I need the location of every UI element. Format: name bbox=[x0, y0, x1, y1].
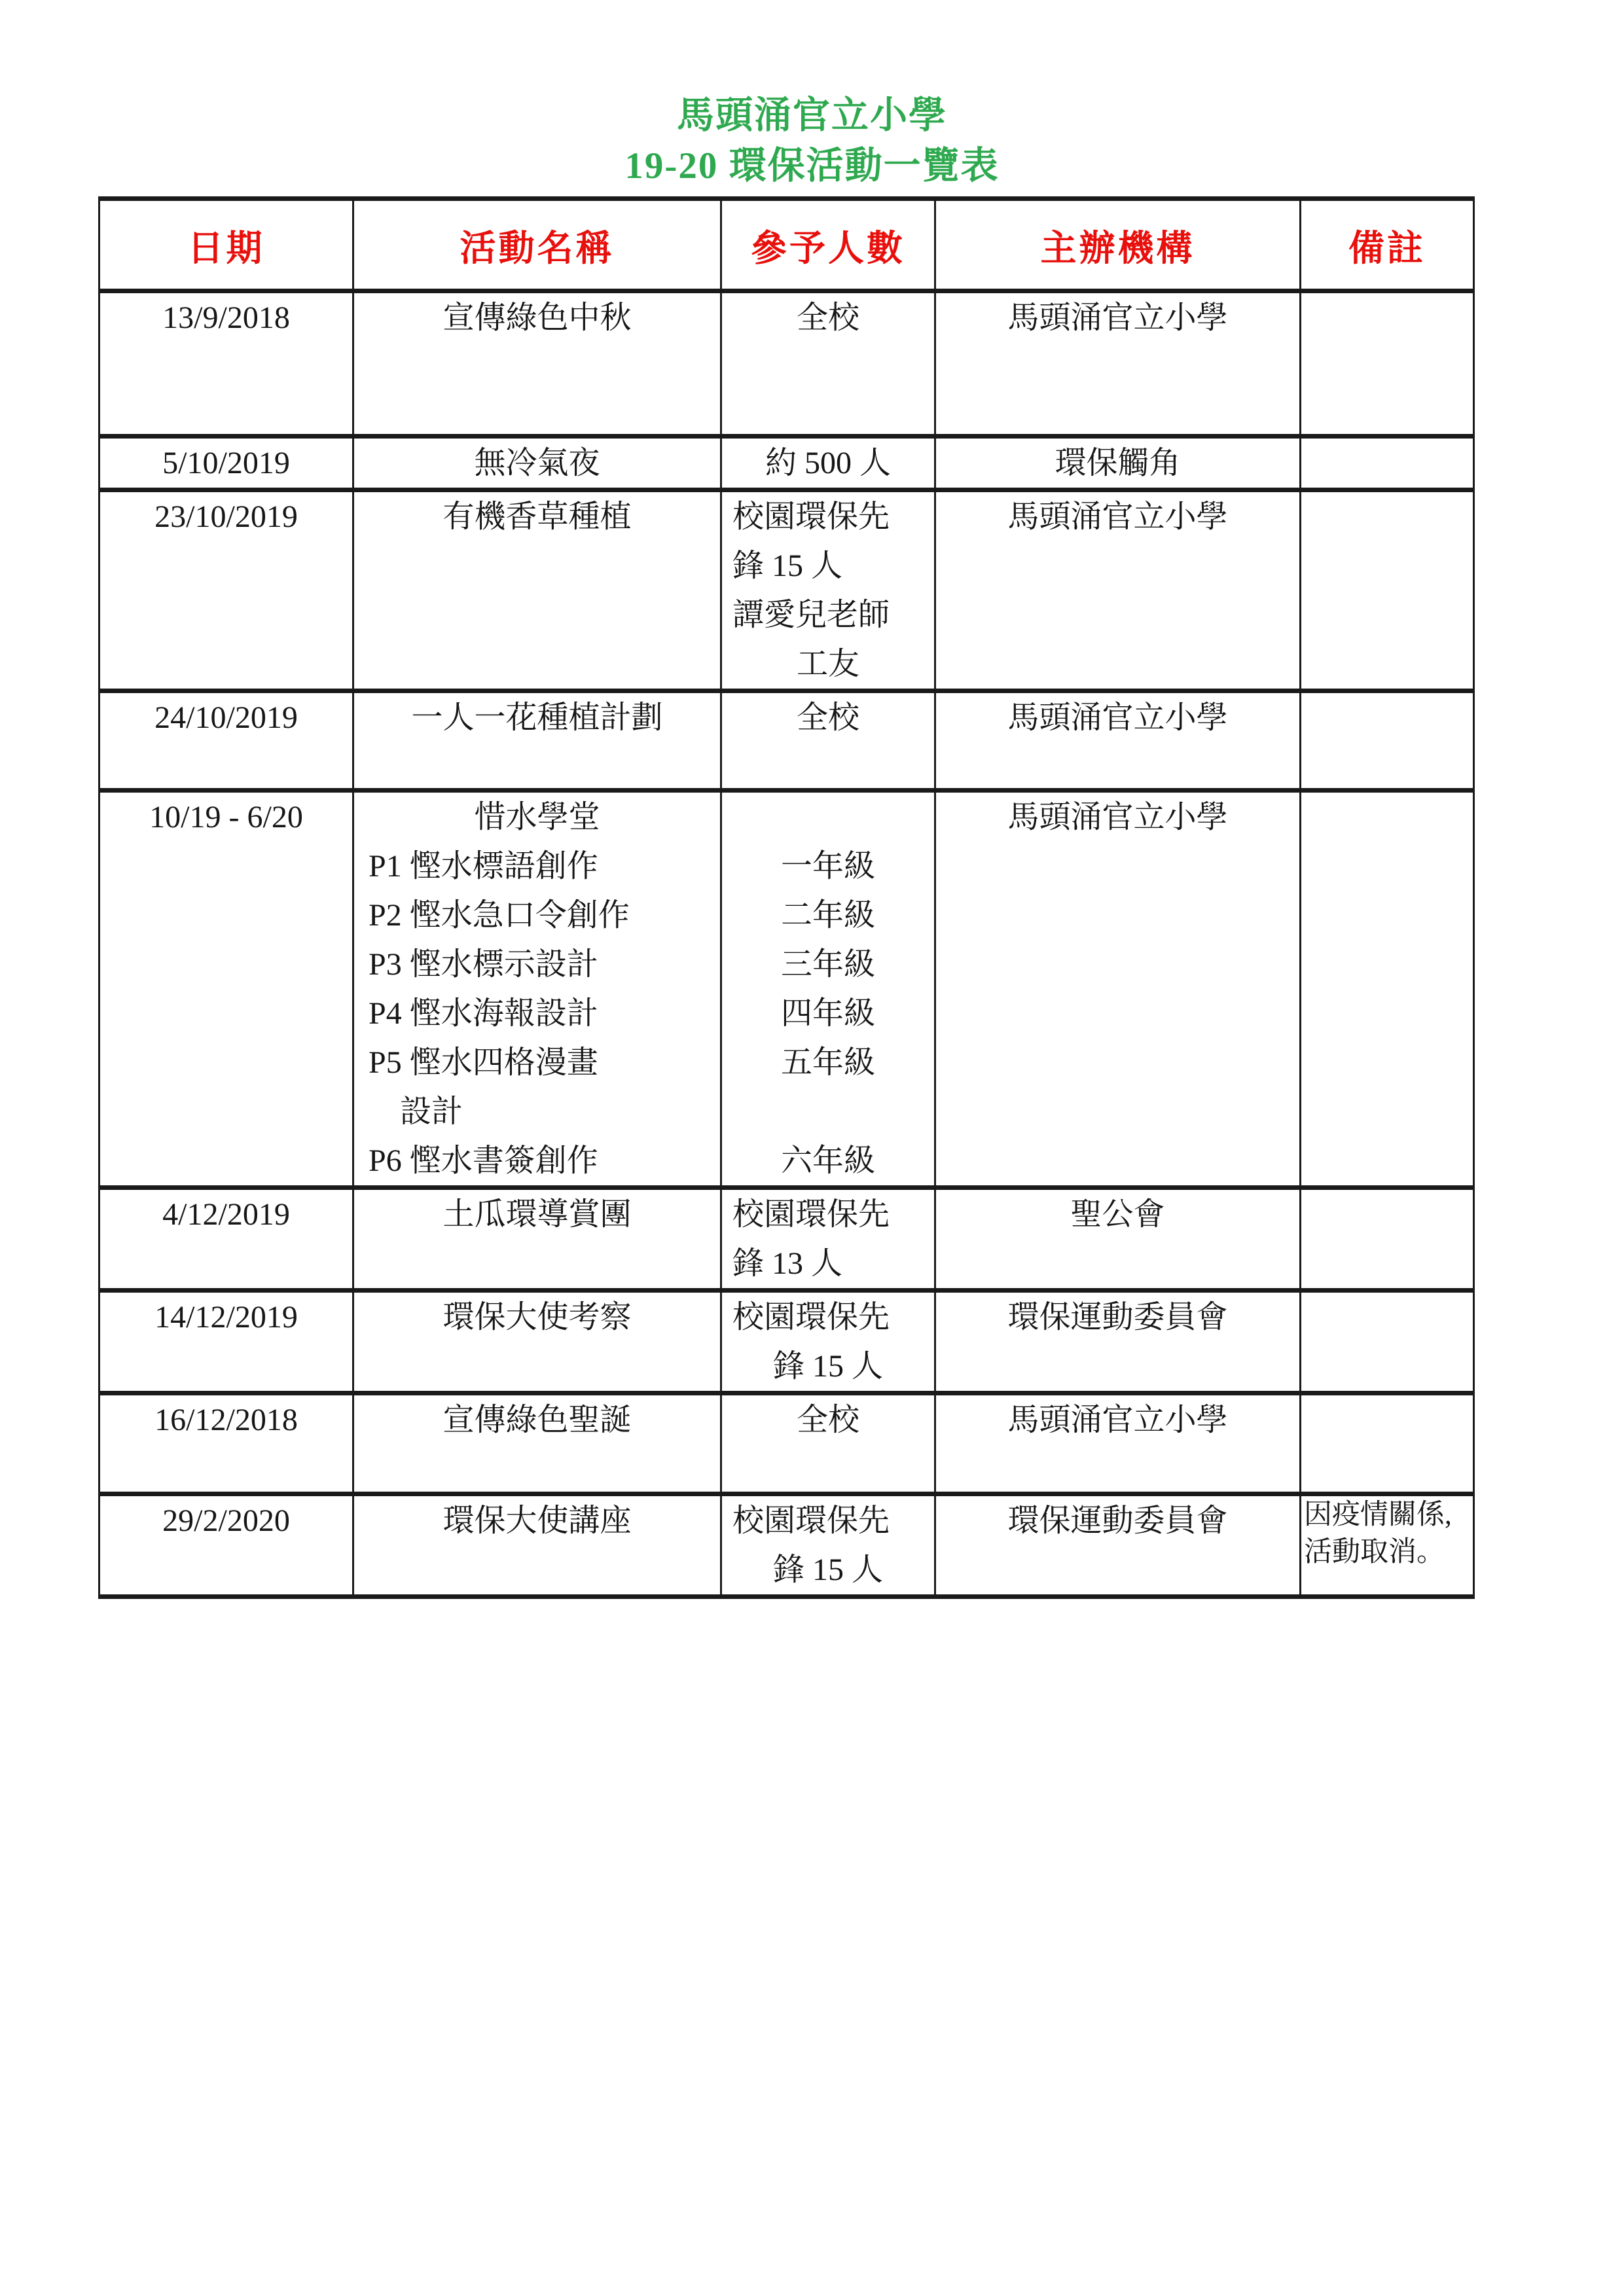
cell-line: 環保運動委員會 bbox=[936, 1496, 1299, 1545]
cell-line: 16/12/2018 bbox=[100, 1395, 352, 1444]
cell-activity: 無冷氣夜 bbox=[353, 437, 721, 490]
cell-line: 23/10/2019 bbox=[100, 492, 352, 541]
cell-line: 環保運動委員會 bbox=[936, 1293, 1299, 1342]
cell-line: 三年級 bbox=[722, 940, 934, 989]
cell-line: 環保大使講座 bbox=[354, 1496, 720, 1545]
cell-participants: 全校 bbox=[721, 291, 935, 437]
cell-remarks bbox=[1301, 1393, 1474, 1494]
cell-line: 鋒 15 人 bbox=[722, 1545, 934, 1594]
cell-organizer: 環保運動委員會 bbox=[935, 1291, 1301, 1393]
cell-participants: 全校 bbox=[721, 1393, 935, 1494]
table-row: 14/12/2019環保大使考察校園環保先鋒 15 人環保運動委員會 bbox=[99, 1291, 1474, 1393]
cell-line: 全校 bbox=[722, 1395, 934, 1444]
cell-line bbox=[722, 793, 934, 842]
cell-remarks: 因疫情關係,活動取消。 bbox=[1301, 1494, 1474, 1597]
cell-line: 工友 bbox=[722, 639, 934, 689]
cell-participants: 校園環保先鋒 15 人譚愛兒老師工友 bbox=[721, 490, 935, 691]
cell-line: P6 慳水書簽創作 bbox=[354, 1136, 720, 1185]
cell-organizer: 馬頭涌官立小學 bbox=[935, 691, 1301, 791]
header-activity-name: 活動名稱 bbox=[353, 199, 721, 291]
cell-participants: 校園環保先鋒 15 人 bbox=[721, 1291, 935, 1393]
cell-line: 鋒 13 人 bbox=[722, 1239, 934, 1288]
header-date: 日期 bbox=[99, 199, 353, 291]
cell-organizer: 馬頭涌官立小學 bbox=[935, 490, 1301, 691]
cell-line: 4/12/2019 bbox=[100, 1190, 352, 1239]
cell-activity: 宣傳綠色中秋 bbox=[353, 291, 721, 437]
cell-remarks bbox=[1301, 437, 1474, 490]
cell-line: 活動取消。 bbox=[1301, 1534, 1473, 1571]
cell-remarks bbox=[1301, 691, 1474, 791]
cell-line: 環保觸角 bbox=[936, 439, 1299, 488]
cell-line: 有機香草種植 bbox=[354, 492, 720, 541]
cell-line: 鋒 15 人 bbox=[722, 1342, 934, 1391]
cell-date: 14/12/2019 bbox=[99, 1291, 353, 1393]
cell-remarks bbox=[1301, 291, 1474, 437]
cell-line: 馬頭涌官立小學 bbox=[936, 1395, 1299, 1444]
cell-remarks bbox=[1301, 1188, 1474, 1291]
cell-line: 馬頭涌官立小學 bbox=[936, 293, 1299, 342]
cell-line: 土瓜環導賞團 bbox=[354, 1190, 720, 1239]
cell-line: 六年級 bbox=[722, 1136, 934, 1185]
cell-activity: 環保大使考察 bbox=[353, 1291, 721, 1393]
cell-date: 24/10/2019 bbox=[99, 691, 353, 791]
cell-activity: 有機香草種植 bbox=[353, 490, 721, 691]
cell-line: 24/10/2019 bbox=[100, 693, 352, 742]
cell-remarks bbox=[1301, 490, 1474, 691]
cell-date: 5/10/2019 bbox=[99, 437, 353, 490]
cell-line: 馬頭涌官立小學 bbox=[936, 693, 1299, 742]
cell-line: 鋒 15 人 bbox=[722, 541, 934, 590]
cell-organizer: 環保觸角 bbox=[935, 437, 1301, 490]
cell-line: 全校 bbox=[722, 293, 934, 342]
table-row: 4/12/2019土瓜環導賞團校園環保先鋒 13 人聖公會 bbox=[99, 1188, 1474, 1291]
cell-line: 校園環保先 bbox=[722, 1293, 934, 1342]
cell-line: 校園環保先 bbox=[722, 1496, 934, 1545]
cell-line: 宣傳綠色中秋 bbox=[354, 293, 720, 342]
table-title: 19-20 環保活動一覽表 bbox=[0, 141, 1624, 191]
table-row: 10/19 - 6/20惜水學堂P1 慳水標語創作P2 慳水急口令創作P3 慳水… bbox=[99, 791, 1474, 1188]
school-name: 馬頭涌官立小學 bbox=[0, 90, 1624, 141]
cell-line: 5/10/2019 bbox=[100, 439, 352, 488]
cell-line: 馬頭涌官立小學 bbox=[936, 492, 1299, 541]
cell-line: 惜水學堂 bbox=[354, 793, 720, 842]
cell-organizer: 馬頭涌官立小學 bbox=[935, 291, 1301, 437]
cell-line: P4 慳水海報設計 bbox=[354, 989, 720, 1038]
cell-line: 校園環保先 bbox=[722, 492, 934, 541]
header-remarks: 備註 bbox=[1301, 199, 1474, 291]
cell-line: 約 500 人 bbox=[722, 439, 934, 488]
activities-table: 日期 活動名稱 參予人數 主辦機構 備註 13/9/2018宣傳綠色中秋全校馬頭… bbox=[98, 196, 1475, 1599]
cell-activity: 惜水學堂P1 慳水標語創作P2 慳水急口令創作P3 慳水標示設計P4 慳水海報設… bbox=[353, 791, 721, 1188]
cell-line: P5 慳水四格漫畫 bbox=[354, 1038, 720, 1087]
cell-organizer: 馬頭涌官立小學 bbox=[935, 791, 1301, 1188]
cell-line: P1 慳水標語創作 bbox=[354, 842, 720, 891]
cell-line: 全校 bbox=[722, 693, 934, 742]
cell-line: 一年級 bbox=[722, 842, 934, 891]
cell-date: 4/12/2019 bbox=[99, 1188, 353, 1291]
cell-organizer: 馬頭涌官立小學 bbox=[935, 1393, 1301, 1494]
cell-activity: 宣傳綠色聖誕 bbox=[353, 1393, 721, 1494]
cell-participants: 校園環保先鋒 13 人 bbox=[721, 1188, 935, 1291]
cell-date: 13/9/2018 bbox=[99, 291, 353, 437]
cell-organizer: 環保運動委員會 bbox=[935, 1494, 1301, 1597]
cell-line: 四年級 bbox=[722, 989, 934, 1038]
cell-line: 二年級 bbox=[722, 891, 934, 940]
cell-line: 聖公會 bbox=[936, 1190, 1299, 1239]
table-row: 23/10/2019有機香草種植校園環保先鋒 15 人譚愛兒老師工友馬頭涌官立小… bbox=[99, 490, 1474, 691]
cell-date: 29/2/2020 bbox=[99, 1494, 353, 1597]
cell-line: 譚愛兒老師 bbox=[722, 590, 934, 639]
cell-line: 環保大使考察 bbox=[354, 1293, 720, 1342]
header-participants: 參予人數 bbox=[721, 199, 935, 291]
table-row: 13/9/2018宣傳綠色中秋全校馬頭涌官立小學 bbox=[99, 291, 1474, 437]
cell-line: 14/12/2019 bbox=[100, 1293, 352, 1342]
cell-activity: 土瓜環導賞團 bbox=[353, 1188, 721, 1291]
cell-line: 29/2/2020 bbox=[100, 1496, 352, 1545]
cell-participants: 約 500 人 bbox=[721, 437, 935, 490]
cell-line: 10/19 - 6/20 bbox=[100, 793, 352, 842]
cell-date: 10/19 - 6/20 bbox=[99, 791, 353, 1188]
table-row: 16/12/2018宣傳綠色聖誕全校馬頭涌官立小學 bbox=[99, 1393, 1474, 1494]
table-row: 5/10/2019無冷氣夜約 500 人環保觸角 bbox=[99, 437, 1474, 490]
document-page: 馬頭涌官立小學 19-20 環保活動一覽表 日期 活動名稱 參予人數 主辦機構 … bbox=[0, 0, 1624, 2296]
cell-activity: 環保大使講座 bbox=[353, 1494, 721, 1597]
cell-line: 無冷氣夜 bbox=[354, 439, 720, 488]
cell-line: 設計 bbox=[354, 1087, 720, 1136]
document-title: 馬頭涌官立小學 19-20 環保活動一覽表 bbox=[0, 90, 1624, 191]
cell-line: 因疫情關係, bbox=[1301, 1496, 1473, 1534]
cell-remarks bbox=[1301, 1291, 1474, 1393]
table-row: 24/10/2019一人一花種植計劃全校馬頭涌官立小學 bbox=[99, 691, 1474, 791]
cell-line: P2 慳水急口令創作 bbox=[354, 891, 720, 940]
table-row: 29/2/2020環保大使講座校園環保先鋒 15 人環保運動委員會因疫情關係,活… bbox=[99, 1494, 1474, 1597]
cell-line: 五年級 bbox=[722, 1038, 934, 1087]
cell-organizer: 聖公會 bbox=[935, 1188, 1301, 1291]
cell-date: 16/12/2018 bbox=[99, 1393, 353, 1494]
cell-line: 馬頭涌官立小學 bbox=[936, 793, 1299, 842]
cell-remarks bbox=[1301, 791, 1474, 1188]
cell-line: 校園環保先 bbox=[722, 1190, 934, 1239]
cell-participants: 校園環保先鋒 15 人 bbox=[721, 1494, 935, 1597]
cell-line: 宣傳綠色聖誕 bbox=[354, 1395, 720, 1444]
cell-line: 一人一花種植計劃 bbox=[354, 693, 720, 742]
cell-line: P3 慳水標示設計 bbox=[354, 940, 720, 989]
cell-participants: 全校 bbox=[721, 691, 935, 791]
header-organizer: 主辦機構 bbox=[935, 199, 1301, 291]
cell-line: 13/9/2018 bbox=[100, 293, 352, 342]
table-body: 13/9/2018宣傳綠色中秋全校馬頭涌官立小學5/10/2019無冷氣夜約 5… bbox=[99, 291, 1474, 1597]
header-row: 日期 活動名稱 參予人數 主辦機構 備註 bbox=[99, 199, 1474, 291]
cell-line bbox=[722, 1087, 934, 1136]
cell-activity: 一人一花種植計劃 bbox=[353, 691, 721, 791]
cell-participants: 一年級二年級三年級四年級五年級 六年級 bbox=[721, 791, 935, 1188]
cell-date: 23/10/2019 bbox=[99, 490, 353, 691]
